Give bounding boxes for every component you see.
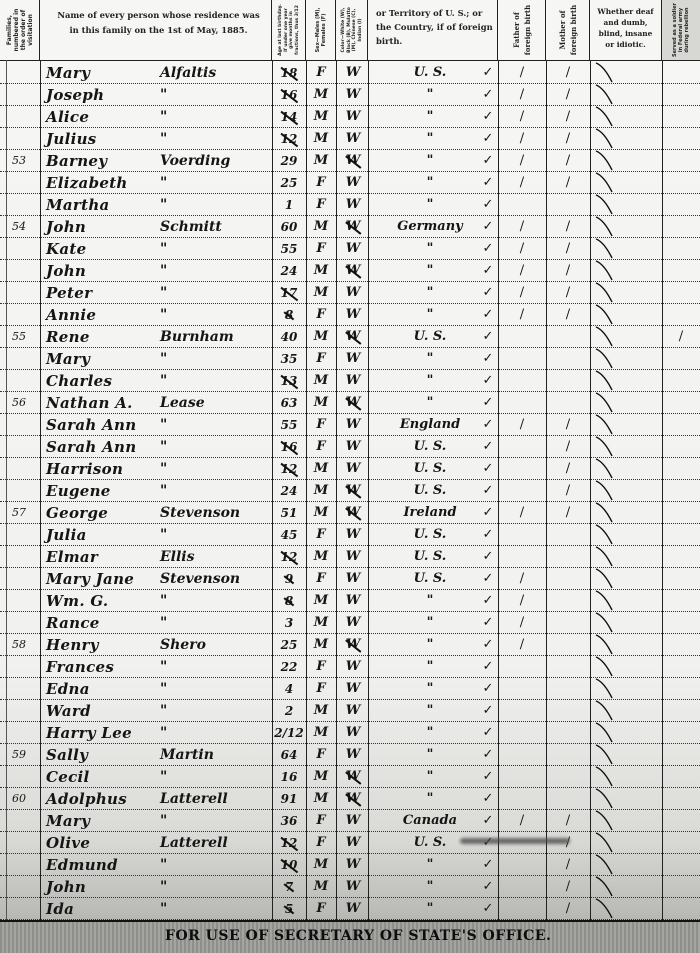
disability-tick-icon [592,436,662,458]
birthplace: " [380,304,480,326]
family-number [4,854,34,876]
header-birthplace: or Territory of U. S.; or the Country, i… [368,0,498,60]
color: W [338,414,368,436]
birthplace-check-icon: ✓ [480,744,496,766]
service-mark [666,568,696,590]
birthplace-check-icon: ✓ [480,722,496,744]
disability-tick-icon [592,502,662,524]
color: W [338,238,368,260]
birthplace-check-icon: ✓ [480,634,496,656]
census-row: John " 24 M W " ✓ / / [0,260,700,282]
surname: " [160,678,167,700]
father-foreign-mark [500,436,544,458]
surname: " [160,304,167,326]
ink-smudge [460,838,570,844]
surname: " [160,370,167,392]
birthplace-check-icon: ✓ [480,502,496,524]
mother-foreign-mark: / [547,458,589,480]
census-row: Sarah Ann " 16 F W U. S. ✓ / [0,436,700,458]
birthplace-check-icon: ✓ [480,84,496,106]
sex: M [306,634,336,656]
birthplace-check-icon: ✓ [480,436,496,458]
birthplace-check-icon: ✓ [480,854,496,876]
family-number [4,590,34,612]
given-name: Martha [46,194,110,216]
father-foreign-mark [500,876,544,898]
birthplace: Canada [380,810,480,832]
sex: F [306,62,336,84]
color: W [338,62,368,84]
given-name: Joseph [46,84,104,106]
surname: Ellis [160,546,195,568]
family-number [4,414,34,436]
census-row: Rance " 3 M W " ✓ / [0,612,700,634]
sex: M [306,326,336,348]
sex: F [306,832,336,854]
disability-tick-icon [592,546,662,568]
birthplace: " [380,238,480,260]
sex: M [306,480,336,502]
mother-foreign-mark [547,524,589,546]
age: 16 [274,436,304,458]
family-number [4,722,34,744]
family-number [4,678,34,700]
sex: F [306,348,336,370]
sex: F [306,172,336,194]
disability-tick-icon [592,282,662,304]
mother-foreign-mark [547,656,589,678]
color: W [338,172,368,194]
disability-tick-icon [592,766,662,788]
birthplace: U. S. [380,62,480,84]
family-number [4,260,34,282]
disability-tick-icon [592,656,662,678]
given-name: Rene [46,326,90,348]
given-name: Alice [46,106,89,128]
disability-tick-icon [592,876,662,898]
mother-foreign-mark: / [547,238,589,260]
given-name: Sally [46,744,88,766]
father-foreign-mark: / [500,106,544,128]
disability-tick-icon [592,194,662,216]
census-row: 53 Barney Voerding 29 M W " ✓ / / [0,150,700,172]
color: W [338,458,368,480]
census-row: Mary Jane Stevenson 9 F W U. S. ✓ / [0,568,700,590]
color: W [338,304,368,326]
census-row: Annie " 8 F W " ✓ / / [0,304,700,326]
mother-foreign-mark [547,546,589,568]
age: 10 [274,854,304,876]
surname: " [160,106,167,128]
birthplace: " [380,128,480,150]
color: W [338,502,368,524]
birthplace-check-icon: ✓ [480,590,496,612]
disability-tick-icon [592,128,662,150]
mother-foreign-mark: / [547,810,589,832]
color: W [338,766,368,788]
family-number [4,62,34,84]
color: W [338,524,368,546]
surname: Shero [160,634,206,656]
birthplace-check-icon: ✓ [480,128,496,150]
surname: " [160,810,167,832]
mother-foreign-mark: / [547,304,589,326]
sex: M [306,282,336,304]
color: W [338,194,368,216]
disability-tick-icon [592,568,662,590]
color: W [338,722,368,744]
census-row: Harrison " 12 M W U. S. ✓ / [0,458,700,480]
family-number: 60 [4,788,34,810]
father-foreign-mark: / [500,502,544,524]
mother-foreign-mark: / [547,260,589,282]
father-foreign-mark: / [500,84,544,106]
birthplace-check-icon: ✓ [480,766,496,788]
father-foreign-mark [500,546,544,568]
service-mark [666,898,696,920]
census-row: Martha " 1 F W " ✓ [0,194,700,216]
age: 9 [274,568,304,590]
birthplace-check-icon: ✓ [480,172,496,194]
column-headers: Families, numbered in the order of visit… [0,0,700,61]
family-number [4,238,34,260]
birthplace: " [380,282,480,304]
birthplace: " [380,150,480,172]
age: 51 [274,502,304,524]
census-row: 59 Sally Martin 64 F W " ✓ [0,744,700,766]
given-name: Mary [46,810,90,832]
color: W [338,744,368,766]
disability-tick-icon [592,898,662,920]
sex: M [306,150,336,172]
given-name: Elizabeth [46,172,128,194]
disability-tick-icon [592,678,662,700]
sex: M [306,788,336,810]
disability-tick-icon [592,106,662,128]
sex: F [306,194,336,216]
family-number: 55 [4,326,34,348]
mother-foreign-mark [547,788,589,810]
birthplace: " [380,634,480,656]
mother-foreign-mark [547,700,589,722]
service-mark [666,876,696,898]
family-number [4,766,34,788]
age: 5 [274,898,304,920]
disability-tick-icon [592,238,662,260]
birthplace-check-icon: ✓ [480,216,496,238]
sex: F [306,524,336,546]
age: 1 [274,194,304,216]
family-number [4,84,34,106]
mother-foreign-mark: / [547,282,589,304]
sex: F [306,744,336,766]
father-foreign-mark [500,744,544,766]
surname: Stevenson [160,568,240,590]
birthplace-check-icon: ✓ [480,810,496,832]
family-number [4,700,34,722]
age: 63 [274,392,304,414]
birthplace-check-icon: ✓ [480,458,496,480]
surname: " [160,260,167,282]
father-foreign-mark: / [500,414,544,436]
birthplace: " [380,898,480,920]
birthplace: " [380,370,480,392]
surname: Latterell [160,788,228,810]
service-mark [666,458,696,480]
service-mark [666,854,696,876]
service-mark [666,194,696,216]
sex: M [306,84,336,106]
service-mark [666,480,696,502]
surname: " [160,282,167,304]
birthplace-check-icon: ✓ [480,282,496,304]
birthplace: " [380,656,480,678]
service-mark [666,348,696,370]
service-mark [666,62,696,84]
disability-tick-icon [592,304,662,326]
age: 12 [274,128,304,150]
disability-tick-icon [592,524,662,546]
color: W [338,348,368,370]
census-row: Kate " 55 F W " ✓ / / [0,238,700,260]
family-number [4,546,34,568]
father-foreign-mark [500,524,544,546]
color: W [338,590,368,612]
service-mark [666,590,696,612]
age: 14 [274,106,304,128]
sex: M [306,392,336,414]
birthplace-check-icon: ✓ [480,150,496,172]
surname: " [160,414,167,436]
given-name: Frances [46,656,114,678]
mother-foreign-mark: / [547,172,589,194]
disability-tick-icon [592,480,662,502]
surname: " [160,656,167,678]
color: W [338,392,368,414]
family-number [4,172,34,194]
age: 12 [274,458,304,480]
age: 16 [274,84,304,106]
father-foreign-mark [500,480,544,502]
color: W [338,678,368,700]
mother-foreign-mark: / [547,436,589,458]
birthplace-check-icon: ✓ [480,392,496,414]
service-mark [666,766,696,788]
birthplace: U. S. [380,546,480,568]
census-row: Mary Alfaltis 18 F W U. S. ✓ / / [0,62,700,84]
service-mark [666,304,696,326]
surname: " [160,854,167,876]
birthplace: U. S. [380,436,480,458]
birthplace: " [380,612,480,634]
given-name: Henry [46,634,99,656]
mother-foreign-mark: / [547,84,589,106]
census-row: Julia " 45 F W U. S. ✓ [0,524,700,546]
sex: M [306,766,336,788]
birthplace-check-icon: ✓ [480,612,496,634]
disability-tick-icon [592,216,662,238]
service-mark [666,84,696,106]
service-mark [666,678,696,700]
census-row: 56 Nathan A. Lease 63 M W " ✓ [0,392,700,414]
mother-foreign-mark: / [547,502,589,524]
age: 25 [274,172,304,194]
color: W [338,876,368,898]
father-foreign-mark [500,656,544,678]
sex: M [306,216,336,238]
age: 12 [274,832,304,854]
mother-foreign-mark: / [547,414,589,436]
sex: F [306,656,336,678]
family-number [4,524,34,546]
service-mark [666,414,696,436]
age: 16 [274,766,304,788]
header-service: Served as a soldier in Federal army duri… [662,0,700,60]
sex: F [306,238,336,260]
disability-tick-icon [592,326,662,348]
census-row: Ida " 5 F W " ✓ / [0,898,700,920]
given-name: Nathan A. [46,392,133,414]
sex: M [306,370,336,392]
mother-foreign-mark [547,370,589,392]
father-foreign-mark: / [500,810,544,832]
color: W [338,898,368,920]
header-color: Color—White (W), Black (B), Mulatto (M),… [336,0,368,60]
age: 35 [274,348,304,370]
surname: " [160,172,167,194]
color: W [338,656,368,678]
father-foreign-mark [500,458,544,480]
birthplace: " [380,106,480,128]
family-number [4,568,34,590]
service-mark: / [666,326,696,348]
age: 18 [274,62,304,84]
service-mark [666,524,696,546]
mother-foreign-mark [547,722,589,744]
surname: Martin [160,744,214,766]
disability-tick-icon [592,84,662,106]
birthplace-check-icon: ✓ [480,788,496,810]
birthplace-check-icon: ✓ [480,260,496,282]
birthplace: " [380,766,480,788]
birthplace-check-icon: ✓ [480,326,496,348]
birthplace: U. S. [380,326,480,348]
birthplace: Germany [380,216,480,238]
census-row: Edna " 4 F W " ✓ [0,678,700,700]
birthplace-check-icon: ✓ [480,414,496,436]
age: 3 [274,612,304,634]
age: 29 [274,150,304,172]
father-foreign-mark: / [500,304,544,326]
father-foreign-mark [500,678,544,700]
birthplace: U. S. [380,480,480,502]
sex: F [306,436,336,458]
disability-tick-icon [592,62,662,84]
census-row: Olive Latterell 12 F W U. S. ✓ / [0,832,700,854]
census-row: Eugene " 24 M W U. S. ✓ / [0,480,700,502]
age: 8 [274,304,304,326]
mother-foreign-mark [547,612,589,634]
age: 7 [274,876,304,898]
father-foreign-mark [500,326,544,348]
census-row: Mary " 35 F W " ✓ [0,348,700,370]
color: W [338,634,368,656]
birthplace: " [380,84,480,106]
birthplace: " [380,876,480,898]
father-foreign-mark [500,392,544,414]
surname: " [160,766,167,788]
service-mark [666,810,696,832]
given-name: Adolphus [46,788,127,810]
sex: M [306,546,336,568]
surname: " [160,590,167,612]
age: 91 [274,788,304,810]
birthplace: " [380,722,480,744]
service-mark [666,370,696,392]
given-name: Elmar [46,546,98,568]
father-foreign-mark [500,722,544,744]
mother-foreign-mark: / [547,854,589,876]
birthplace-check-icon: ✓ [480,524,496,546]
census-row: Cecil " 16 M W " ✓ [0,766,700,788]
age: 40 [274,326,304,348]
mother-foreign-mark [547,326,589,348]
age: 55 [274,238,304,260]
family-number [4,106,34,128]
color: W [338,260,368,282]
color: W [338,788,368,810]
census-row: Elizabeth " 25 F W " ✓ / / [0,172,700,194]
given-name: Ward [46,700,91,722]
service-mark [666,546,696,568]
sex: F [306,810,336,832]
father-foreign-mark [500,348,544,370]
birthplace: U. S. [380,568,480,590]
sex: F [306,678,336,700]
age: 24 [274,260,304,282]
birthplace: " [380,854,480,876]
service-mark [666,832,696,854]
birthplace: " [380,392,480,414]
disability-tick-icon [592,370,662,392]
sex: F [306,898,336,920]
service-mark [666,150,696,172]
mother-foreign-mark: / [547,480,589,502]
mother-foreign-mark [547,348,589,370]
father-foreign-mark: / [500,238,544,260]
census-row: Wm. G. " 8 M W " ✓ / [0,590,700,612]
age: 2/12 [274,722,304,744]
color: W [338,326,368,348]
census-row: Charles " 13 M W " ✓ [0,370,700,392]
family-number [4,282,34,304]
given-name: Mary [46,348,90,370]
service-mark [666,700,696,722]
mother-foreign-mark: / [547,876,589,898]
surname: " [160,700,167,722]
birthplace-check-icon: ✓ [480,62,496,84]
surname: " [160,612,167,634]
father-foreign-mark: / [500,612,544,634]
census-row: Alice " 14 M W " ✓ / / [0,106,700,128]
service-mark [666,172,696,194]
surname: " [160,480,167,502]
given-name: Charles [46,370,112,392]
surname: Lease [160,392,205,414]
surname: " [160,348,167,370]
mother-foreign-mark [547,568,589,590]
color: W [338,612,368,634]
